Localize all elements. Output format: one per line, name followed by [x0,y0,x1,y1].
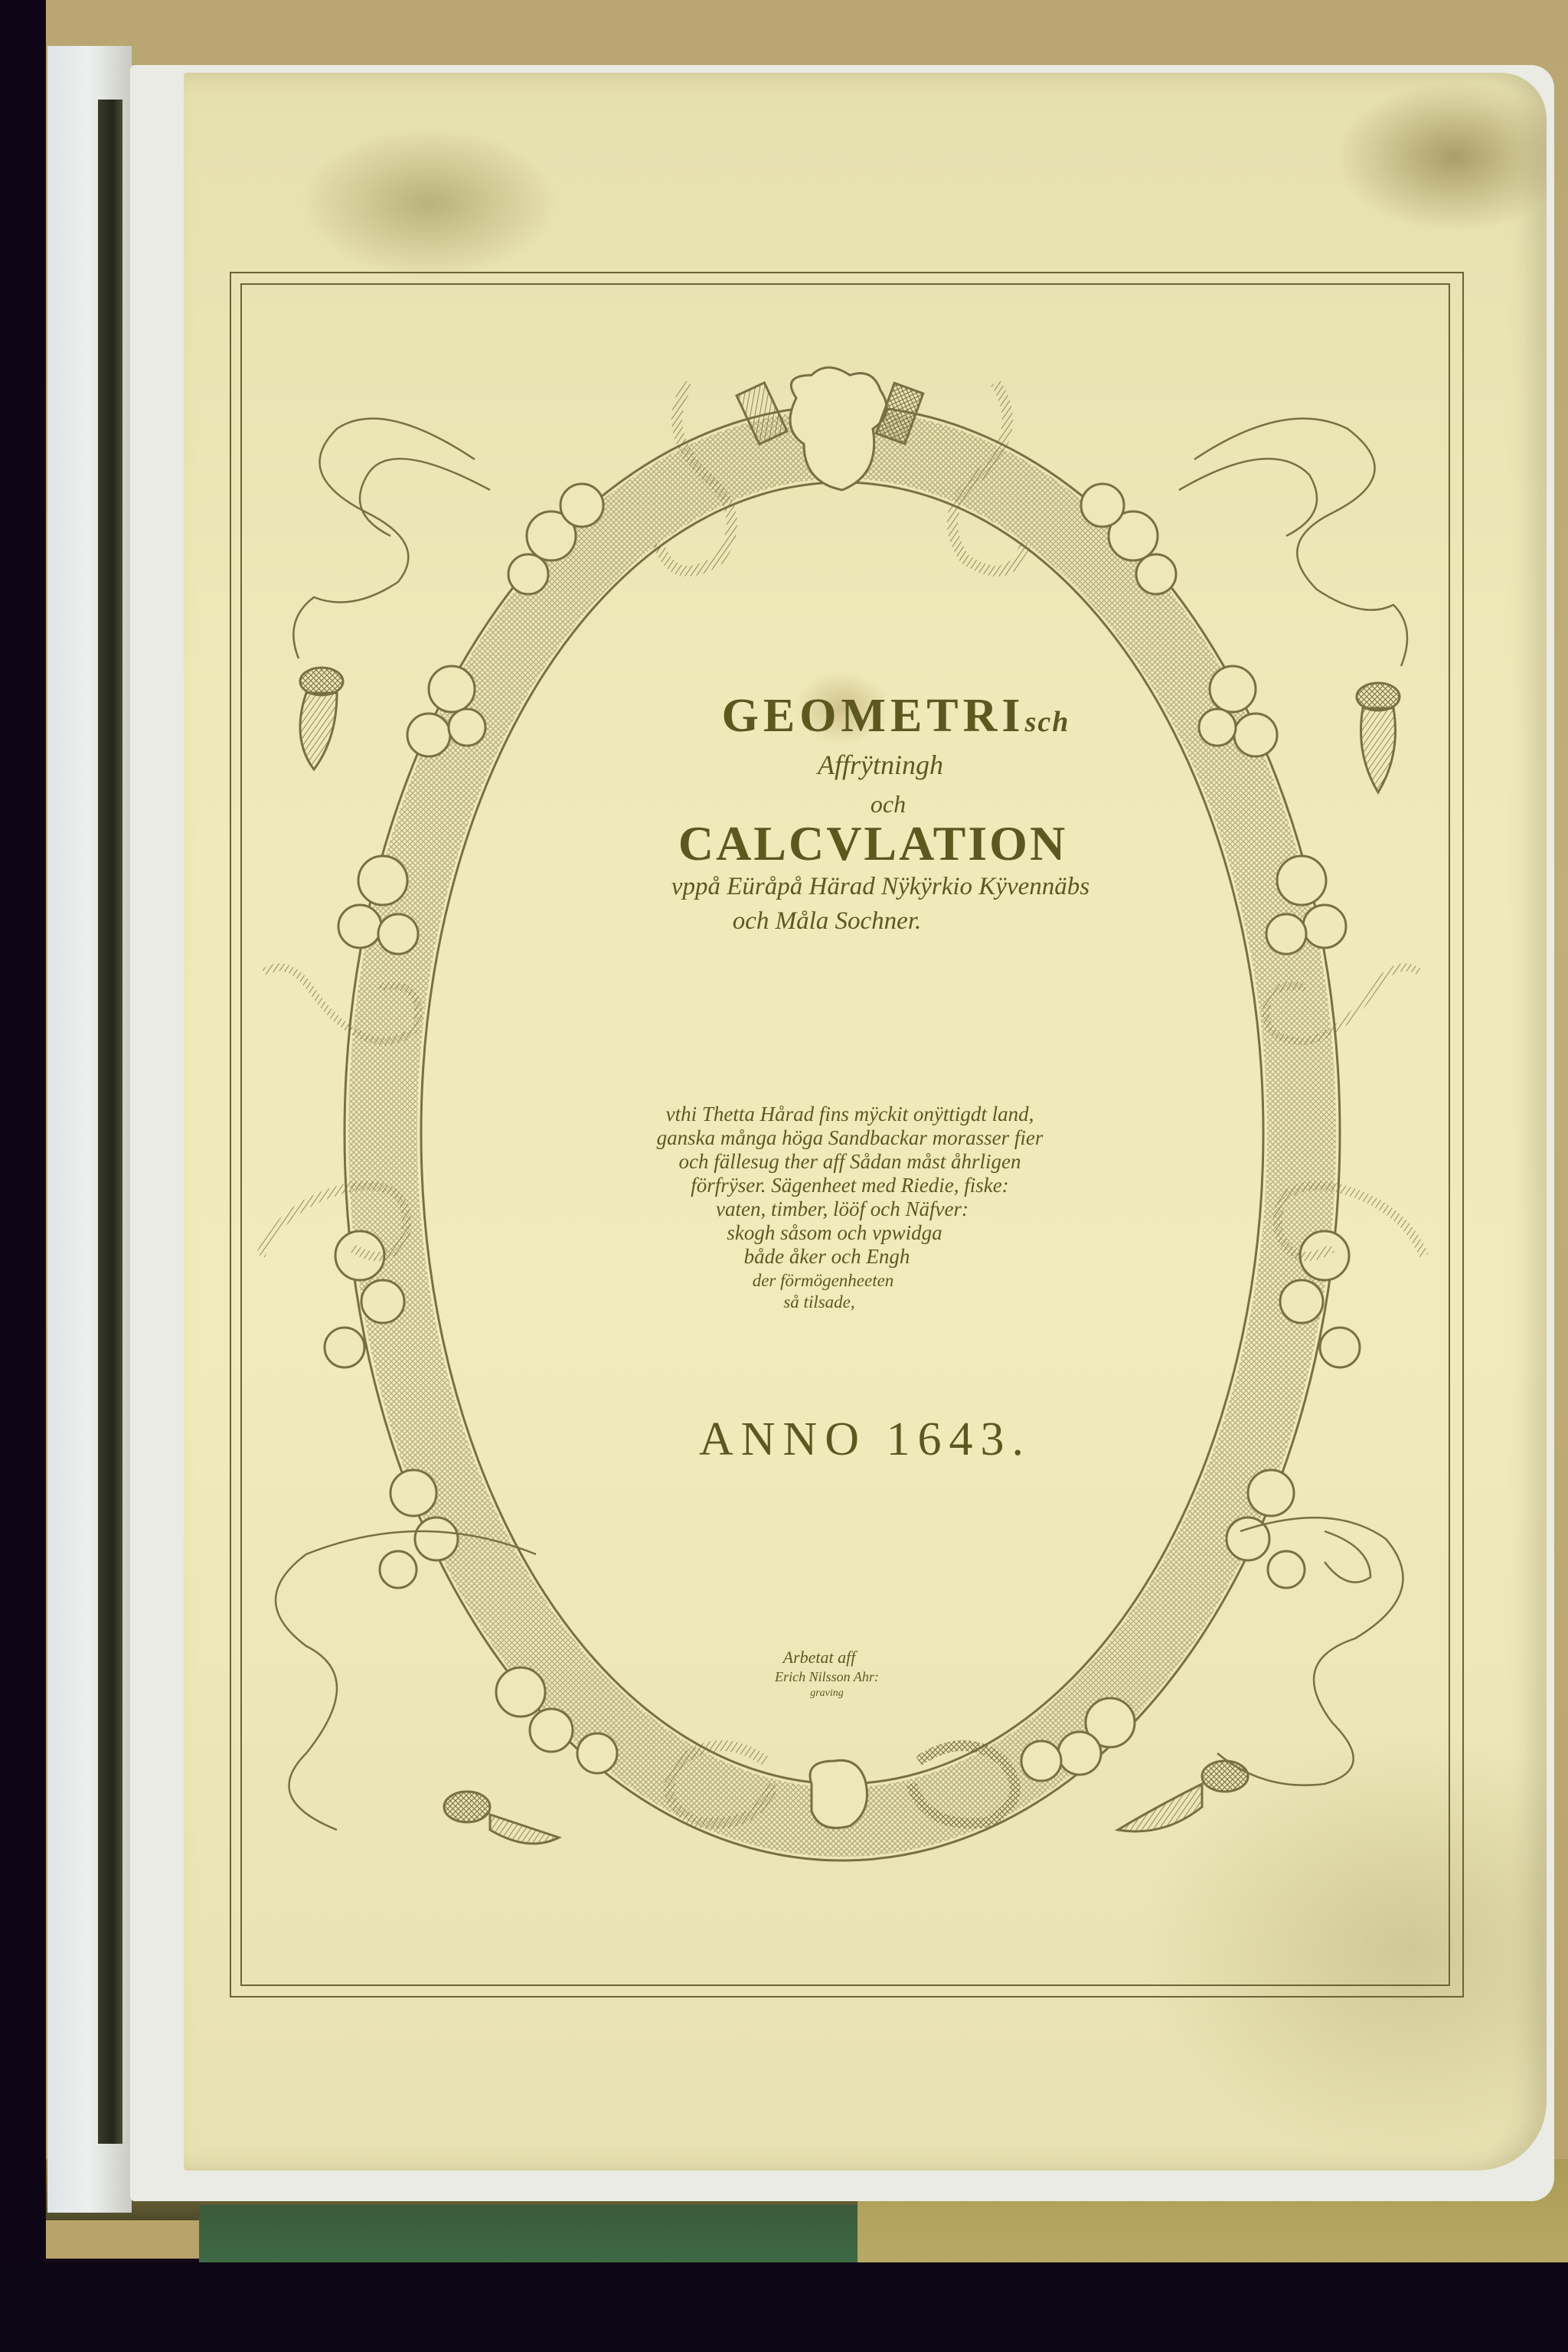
title-geometrisch: GEOMETRIsch [490,689,1302,743]
title-main: GEOMETRI [722,690,1025,742]
signature-line-3: graving [421,1687,1233,1700]
description-line: och fällesug ther aff Sådan måst åhrlige… [444,1150,1256,1174]
description-line: förfrÿser. Sägenheet med Riedie, fiske: [444,1174,1256,1197]
description-line: så tilsade, [413,1290,1225,1314]
description-line: både åker och Engh [421,1245,1233,1269]
title-parishes-line: och Måla Sochner. [421,907,1233,936]
title-text-block: GEOMETRIsch Affrÿtningh och CALCVLATION … [490,666,1302,1738]
title-location-line: vppå Eüråpå Härad Nÿkÿrkio Kÿvennäbs [475,873,1286,901]
title-affrytningh: Affrÿtningh [475,749,1286,781]
description-line: ganska många höga Sandbackar morasser fi… [444,1126,1256,1150]
date-anno: ANNO 1643. [459,1413,1271,1467]
signature-line-1: Arbetat aff [413,1648,1225,1668]
title-suffix: sch [1025,706,1070,738]
description-line: skogh såsom och vpwidga [429,1221,1240,1245]
description-line: vaten, timber, lööf och Näfver: [436,1197,1248,1221]
description-line: vthi Thetta Hårad fins mÿckit onÿttigdt … [444,1102,1256,1126]
description-line: der förmögenheeten [417,1269,1229,1292]
title-och: och [482,790,1294,818]
signature-line-2: Erich Nilsson Ahr: [421,1669,1233,1685]
title-calculation: CALCVLATION [467,815,1279,872]
